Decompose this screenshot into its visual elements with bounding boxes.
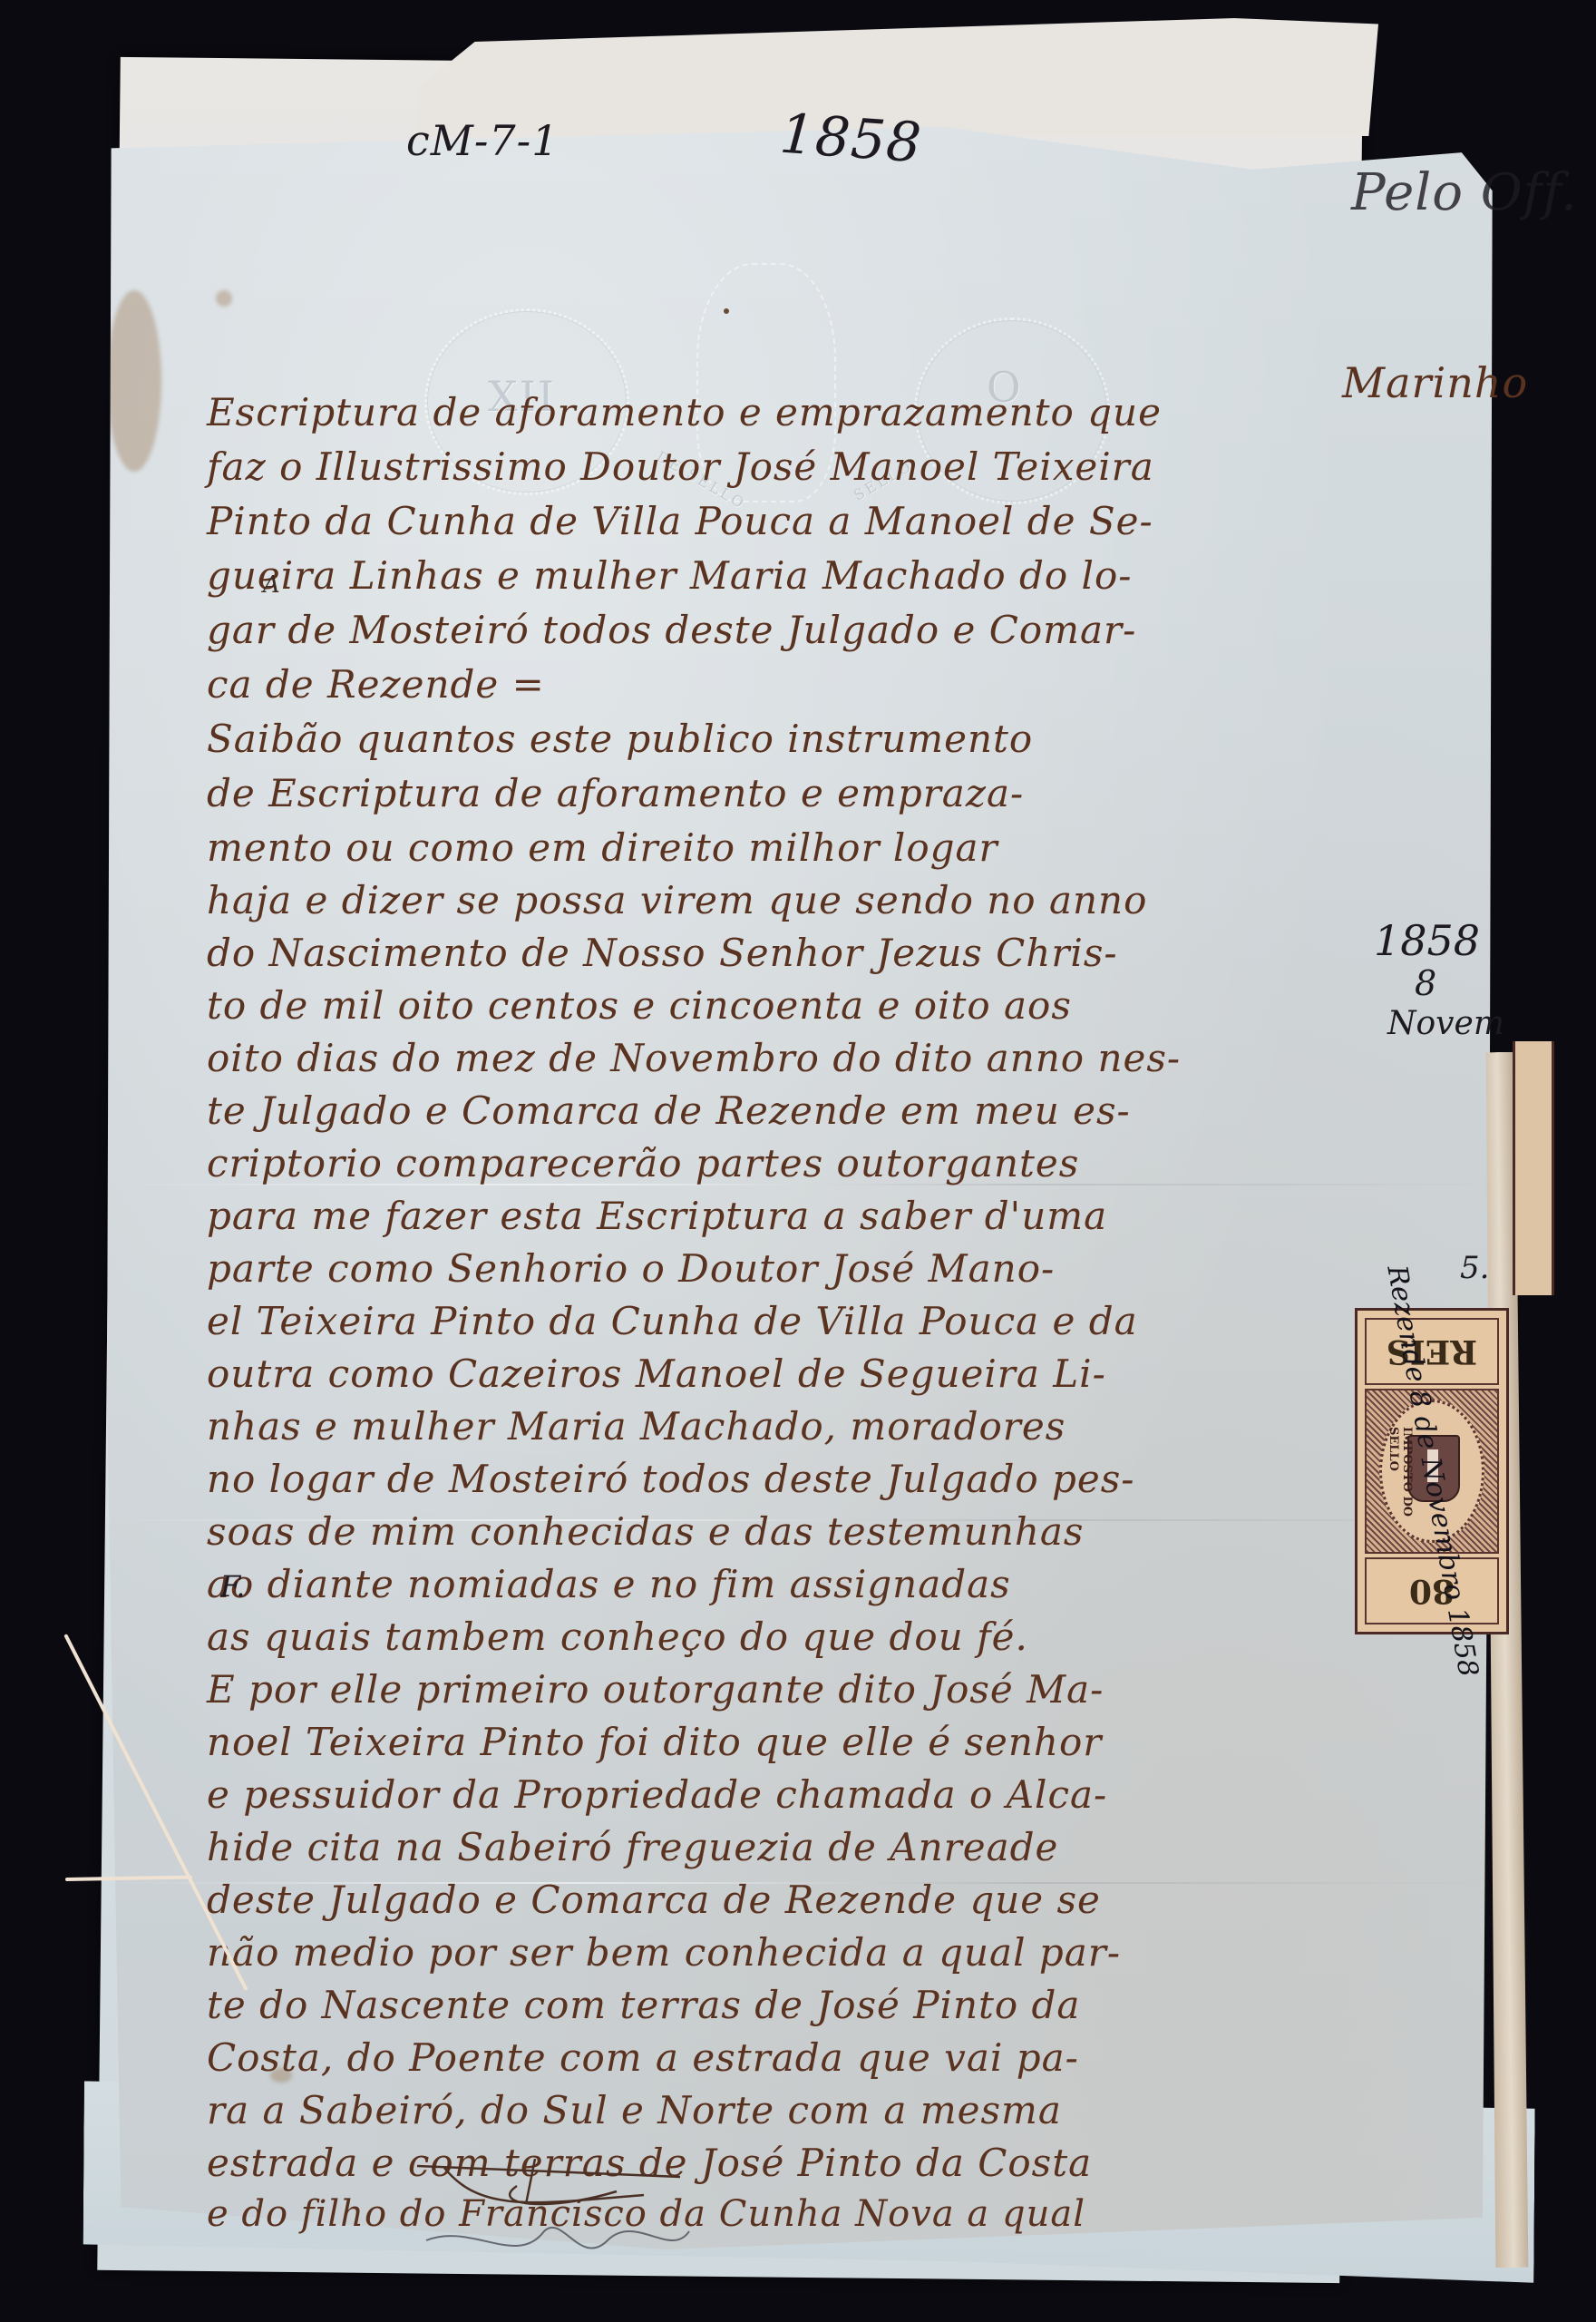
- margin-mark-left-upper: A: [263, 571, 280, 599]
- signature-abbreviation: Marinho: [1342, 358, 1528, 407]
- text-line: criptorio comparecerão partes outorgante…: [207, 1141, 1079, 1185]
- title-line: Escriptura de aforamento e emprazamento …: [207, 390, 1162, 434]
- margin-month: Novem: [1387, 1005, 1504, 1042]
- text-line: no logar de Mosteiró todos deste Julgado…: [207, 1457, 1134, 1501]
- margin-mark-left-lower: F.: [220, 1569, 245, 1604]
- text-line: deste Julgado e Comarca de Rezende que s…: [207, 1878, 1101, 1922]
- text-line: te do Nascente com terras de José Pinto …: [207, 1983, 1080, 2027]
- text-line: parte como Senhorio o Doutor José Mano-: [207, 1246, 1055, 1291]
- text-line: noel Teixeira Pinto foi dito que elle é …: [207, 1720, 1102, 1764]
- text-line: to de mil oito centos e cincoenta e oito…: [207, 983, 1072, 1028]
- text-line: ao diante nomiadas e no fim assignadas: [207, 1562, 1011, 1606]
- title-line: faz o Illustrissimo Doutor José Manoel T…: [207, 444, 1154, 489]
- margin-year: 1858: [1374, 916, 1480, 965]
- year-heading: 1858: [778, 102, 924, 176]
- text-line: não medio por ser bem conhecida a qual p…: [207, 1930, 1121, 1975]
- text-line: Saibão quantos este publico instrumento: [207, 717, 1033, 761]
- title-line: ca de Rezende =: [207, 662, 545, 707]
- text-line: de Escriptura de aforamento e empraza-: [207, 771, 1024, 815]
- margin-mark-right: 5.: [1460, 1250, 1489, 1286]
- text-line: te Julgado e Comarca de Rezende em meu e…: [207, 1088, 1131, 1133]
- top-right-rubric: Pelo Off.: [1351, 163, 1578, 222]
- text-line: do Nascimento de Nosso Senhor Jezus Chri…: [207, 931, 1118, 975]
- text-line: e pessuidor da Propriedade chamada o Alc…: [207, 1772, 1107, 1817]
- text-line: as quais tambem conheço do que dou fé.: [207, 1615, 1028, 1659]
- text-line: ra a Sabeiró, do Sul e Norte com a mesma: [207, 2088, 1062, 2132]
- stain: [216, 290, 232, 307]
- text-line: para me fazer esta Escriptura a saber d'…: [207, 1194, 1107, 1238]
- text-line: hide cita na Sabeiró freguezia de Anread…: [207, 1825, 1058, 1869]
- archive-reference: cM-7-1: [406, 116, 559, 165]
- text-line: oito dias do mez de Novembro do dito ann…: [207, 1036, 1181, 1080]
- revenue-stamp: REIS IMPOSTO DO SELLO 80 Rezende 8 de No…: [1355, 1308, 1509, 1634]
- text-line: haja e dizer se possa virem que sendo no…: [207, 878, 1147, 922]
- text-line: mento ou como em direito milhor logar: [207, 825, 998, 870]
- underlying-signature: [417, 2213, 707, 2277]
- text-line: soas de mim conhecidas e das testemunhas: [207, 1509, 1085, 1554]
- revenue-stamp-partial: [1513, 1041, 1554, 1295]
- title-line: gar de Mosteiró todos deste Julgado e Co…: [207, 608, 1136, 652]
- text-line: el Teixeira Pinto da Cunha de Villa Pouc…: [207, 1299, 1138, 1343]
- margin-day: 8: [1415, 963, 1436, 1003]
- text-line: E por elle primeiro outorgante dito José…: [207, 1667, 1104, 1712]
- text-line: outra como Cazeiros Manoel de Segueira L…: [207, 1351, 1106, 1396]
- stain: [107, 290, 161, 472]
- title-line: Pinto da Cunha de Villa Pouca a Manoel d…: [207, 499, 1153, 543]
- text-line: Costa, do Poente com a estrada que vai p…: [207, 2035, 1079, 2080]
- title-line: gueira Linhas e mulher Maria Machado do …: [207, 553, 1132, 598]
- text-line: nhas e mulher Maria Machado, moradores: [207, 1404, 1066, 1449]
